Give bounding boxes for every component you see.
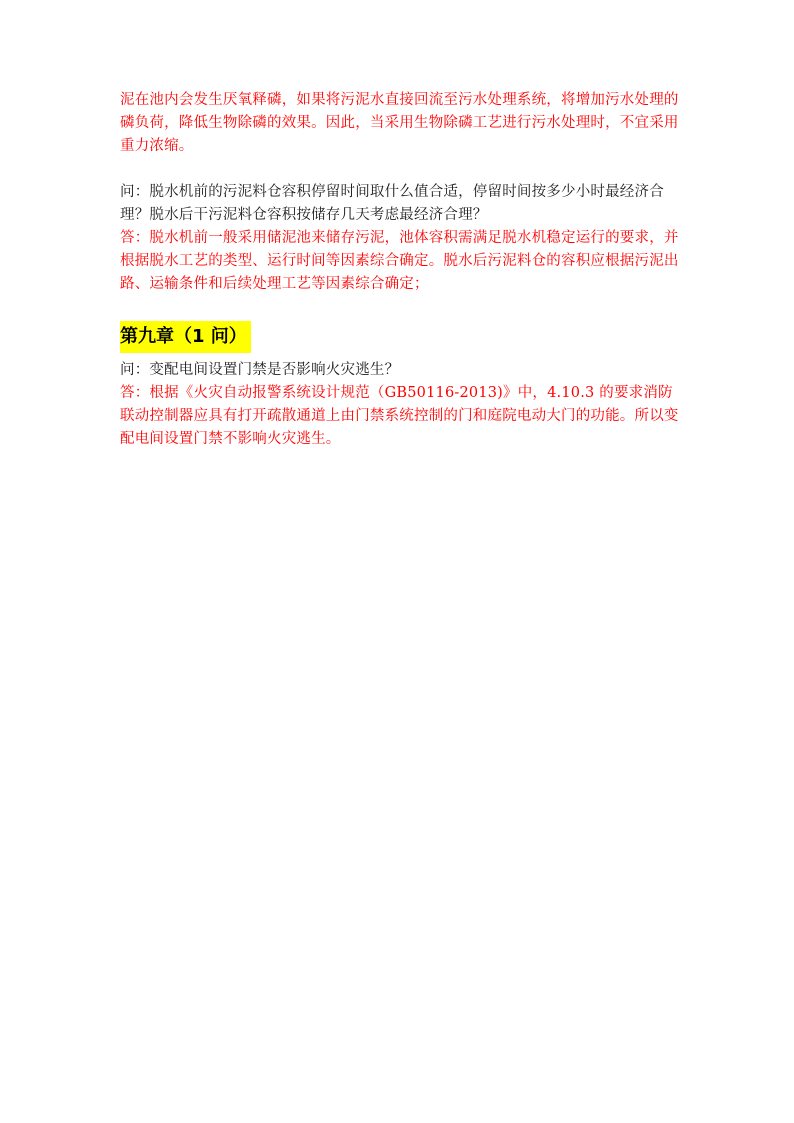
- chapter-heading-row: 第九章（1 问）: [120, 319, 680, 355]
- answer-text: 答：脱水机前一般采用储泥池来储存污泥，池体容积需满足脱水机稳定运行的要求，并根据…: [120, 227, 680, 296]
- question-text: 问：变配电间设置门禁是否影响火灾逃生？: [120, 359, 680, 382]
- answer-text: 答：根据《火灾自动报警系统设计规范（GB50116-2013)》中，4.10.3…: [120, 382, 680, 451]
- chapter-heading: 第九章（1 问）: [120, 321, 251, 353]
- answer-continuation-text: 泥在池内会发生厌氧释磷，如果将污泥水直接回流至污水处理系统，将增加污水处理的磷负…: [120, 89, 680, 158]
- qa-block-access-control: 问：变配电间设置门禁是否影响火灾逃生？ 答：根据《火灾自动报警系统设计规范（GB…: [120, 359, 680, 451]
- question-text: 问：脱水机前的污泥料仓容积停留时间取什么值合适，停留时间按多少小时最经济合理？脱…: [120, 181, 680, 227]
- document-page: 泥在池内会发生厌氧释磷，如果将污泥水直接回流至污水处理系统，将增加污水处理的磷负…: [120, 89, 680, 451]
- qa-block-sludge-silo: 问：脱水机前的污泥料仓容积停留时间取什么值合适，停留时间按多少小时最经济合理？脱…: [120, 181, 680, 296]
